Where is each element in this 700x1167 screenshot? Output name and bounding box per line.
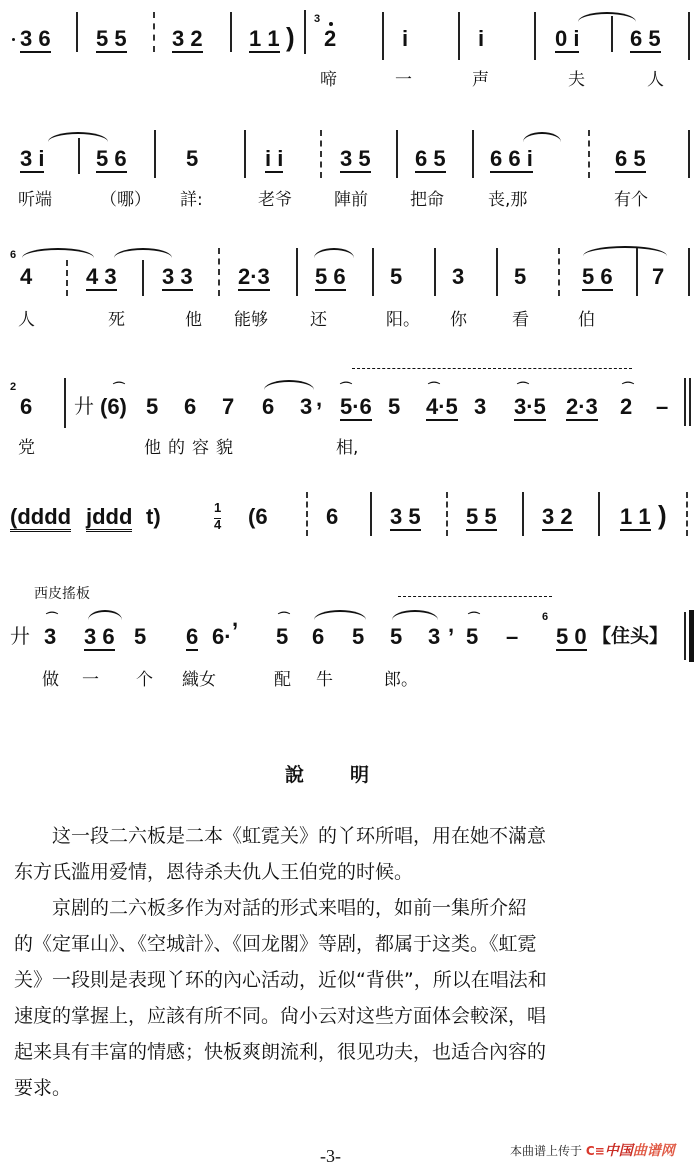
note: 6 bbox=[262, 396, 274, 418]
note-group: 3 3 bbox=[162, 266, 193, 291]
lyric: 他的容貌 bbox=[144, 438, 240, 458]
lyric: 配 bbox=[274, 670, 291, 690]
dash: – bbox=[656, 396, 668, 418]
barline-dashed bbox=[218, 248, 222, 296]
note: 5 bbox=[134, 626, 146, 648]
barline bbox=[78, 138, 80, 174]
breath-mark: , bbox=[316, 388, 322, 410]
barline bbox=[296, 248, 298, 296]
time-signature-den: 4 bbox=[214, 518, 221, 530]
slur bbox=[314, 248, 354, 258]
section-title: 說明 bbox=[0, 760, 700, 787]
note-group: 4·5 bbox=[426, 396, 458, 421]
page-number: -3- bbox=[320, 1146, 341, 1167]
lyric: 牛 bbox=[316, 670, 333, 690]
note: 2 bbox=[324, 28, 336, 50]
barline bbox=[304, 10, 306, 54]
watermark: 本曲谱上传于 C≡中国曲谱网 bbox=[510, 1140, 675, 1160]
lyric: 他 bbox=[185, 310, 202, 330]
note-group: 3 2 bbox=[542, 506, 573, 531]
fermata: ⌒ bbox=[113, 382, 125, 394]
lyric: 听端 bbox=[18, 190, 52, 210]
note: 6 bbox=[186, 626, 198, 651]
barline bbox=[76, 12, 78, 52]
note-group: 3 2 bbox=[172, 28, 203, 53]
note: 3 bbox=[474, 396, 486, 418]
tempo-label: 西皮搖板 bbox=[34, 584, 90, 604]
sharp-marker: 廾 bbox=[74, 396, 94, 418]
lyric: 有个 bbox=[614, 190, 648, 210]
note-group: i i bbox=[265, 148, 283, 173]
lyric: 人 bbox=[18, 310, 35, 330]
barline bbox=[142, 260, 144, 296]
lyric: 一 bbox=[395, 70, 412, 90]
note: 6 bbox=[20, 396, 32, 418]
note-group: 3 6 bbox=[84, 626, 115, 651]
paragraph-line: 要求。 bbox=[14, 1070, 694, 1106]
barline-dashed bbox=[446, 492, 450, 536]
note-group: 5 6 bbox=[315, 266, 346, 291]
lyric: 阳。 bbox=[386, 310, 420, 330]
barline bbox=[382, 12, 384, 60]
note-group: 5 5 bbox=[96, 28, 127, 53]
lyric: 丧,那 bbox=[488, 190, 527, 210]
lyric: 你 bbox=[450, 310, 467, 330]
dash: – bbox=[506, 626, 518, 648]
grace-note: 2 bbox=[10, 382, 16, 393]
lyric: 一 bbox=[82, 670, 99, 690]
lyric: 把命 bbox=[410, 190, 444, 210]
note: (6) bbox=[100, 396, 127, 418]
barline-dashed bbox=[558, 248, 562, 296]
note-group: 6 5 bbox=[415, 148, 446, 173]
slur-arrow bbox=[392, 610, 438, 620]
lyric: 詳: bbox=[180, 190, 203, 210]
barline bbox=[688, 12, 690, 60]
lyric: 相, bbox=[336, 438, 358, 458]
grace-note: 6 bbox=[10, 250, 16, 261]
time-signature-num: 1 bbox=[214, 502, 221, 513]
note-group: 5 6 bbox=[582, 266, 613, 291]
note-group: 3 i bbox=[20, 148, 44, 173]
barline-dashed bbox=[686, 492, 690, 536]
breath-mark: , bbox=[232, 608, 238, 630]
lyric: 党 bbox=[18, 438, 35, 458]
lyric: 織女 bbox=[182, 670, 216, 690]
slur-arrow bbox=[22, 248, 94, 258]
phrase-bracket bbox=[352, 368, 632, 369]
fermata: ⌒ bbox=[468, 612, 480, 624]
barline bbox=[458, 12, 460, 60]
barline-dashed bbox=[153, 12, 157, 52]
barline bbox=[598, 492, 600, 536]
barline bbox=[372, 248, 374, 296]
paragraph-line: 速度的掌握上，应該有所不同。尙小云对这些方面体会較深，唱 bbox=[14, 998, 694, 1034]
staccato-dot bbox=[12, 38, 15, 41]
barline bbox=[472, 130, 474, 178]
note-group: 6 6 i bbox=[490, 148, 533, 173]
slur bbox=[578, 12, 636, 22]
note: 5 bbox=[388, 396, 400, 418]
lyric: 老爷 bbox=[258, 190, 292, 210]
note: 4 bbox=[20, 266, 32, 288]
percussion-group: (dddd bbox=[10, 506, 71, 532]
site-name-accent: 曲谱网 bbox=[633, 1143, 675, 1159]
end-label: 【住头】 bbox=[592, 626, 668, 646]
note-group: 4 3 bbox=[86, 266, 117, 291]
note-group: 2·3 bbox=[238, 266, 270, 291]
lyric: （哪） bbox=[100, 190, 151, 210]
lyric: 啼 bbox=[320, 70, 337, 90]
grace-note: 3 bbox=[314, 14, 320, 25]
lyric: 夫 bbox=[568, 70, 585, 90]
note-group: 3 5 bbox=[390, 506, 421, 531]
paragraph-line: 这一段二六板是二本《虹霓关》的丫环所唱，用在她不滿意 bbox=[14, 818, 694, 854]
lyric: 个 bbox=[136, 670, 153, 690]
note: 5 bbox=[466, 626, 478, 648]
percussion-group: jddd bbox=[86, 506, 132, 532]
sharp-marker: 廾 bbox=[10, 626, 30, 648]
fermata: ⌒ bbox=[340, 382, 352, 394]
barline bbox=[688, 130, 690, 178]
note: i bbox=[402, 28, 408, 50]
note-group: 5 6 bbox=[96, 148, 127, 173]
note-group: 0 i bbox=[555, 28, 579, 53]
barline-dashed bbox=[306, 492, 310, 536]
note: 3 bbox=[452, 266, 464, 288]
paragraph-line: 起来具有丰富的情感；快板爽朗流利，很见功夫，也适合內容的 bbox=[14, 1034, 694, 1070]
note: 6 bbox=[326, 506, 338, 528]
note: 3 bbox=[428, 626, 440, 648]
percussion-group: t) bbox=[146, 506, 161, 528]
slur bbox=[114, 248, 172, 258]
fermata: ⌒ bbox=[428, 382, 440, 394]
slur bbox=[523, 132, 561, 142]
barline bbox=[611, 16, 613, 52]
note: i bbox=[478, 28, 484, 50]
barline bbox=[230, 12, 232, 52]
note-group: 1 1 bbox=[620, 506, 651, 531]
note-group: 6 5 bbox=[615, 148, 646, 173]
lyric: 人 bbox=[647, 70, 664, 90]
double-barline bbox=[684, 378, 686, 426]
watermark-prefix: 本曲谱上传于 bbox=[510, 1144, 582, 1158]
lyric: 看 bbox=[512, 310, 529, 330]
paragraph-line: 京剧的二六板多作为对話的形式来唱的，如前一集所介紹 bbox=[14, 890, 694, 926]
slur-arrow bbox=[264, 380, 314, 390]
paragraph-line: 东方氏滥用爱情，恩待杀夫仇人王伯党的时候。 bbox=[14, 854, 694, 890]
note: 5 bbox=[276, 626, 288, 648]
note-group: 3 6 bbox=[20, 28, 51, 53]
note: 6 bbox=[312, 626, 324, 648]
lyric: 能够 bbox=[234, 310, 268, 330]
note: 6 bbox=[184, 396, 196, 418]
note: 3 bbox=[44, 626, 56, 648]
barline bbox=[636, 248, 638, 296]
lyric: 做 bbox=[42, 670, 59, 690]
fermata: ⌒ bbox=[622, 382, 634, 394]
note-group: 6 5 bbox=[630, 28, 661, 53]
barline-dashed bbox=[588, 130, 592, 178]
note-group: 2·3 bbox=[566, 396, 598, 421]
slur bbox=[314, 610, 366, 620]
barline bbox=[684, 612, 686, 660]
breath-mark: , bbox=[448, 614, 454, 636]
barline bbox=[244, 130, 246, 178]
final-barline bbox=[689, 610, 694, 662]
slur bbox=[583, 246, 667, 256]
note-group: 1 1 bbox=[249, 28, 280, 53]
explanation-text: 这一段二六板是二本《虹霓关》的丫环所唱，用在她不滿意 东方氏滥用爱情，恩待杀夫仇… bbox=[14, 818, 694, 1106]
barline bbox=[434, 248, 436, 296]
site-logo-icon: C≡ bbox=[586, 1144, 605, 1158]
lyric: 伯 bbox=[578, 310, 595, 330]
close-paren: ) bbox=[658, 504, 667, 526]
barline bbox=[688, 248, 690, 296]
barline bbox=[534, 12, 536, 60]
note: 5 bbox=[390, 266, 402, 288]
note: 2 bbox=[620, 396, 632, 418]
lyric: 郎。 bbox=[384, 670, 418, 690]
barline-dashed bbox=[66, 260, 70, 296]
fermata: ⌒ bbox=[46, 612, 58, 624]
paragraph-line: 关》一段則是表现丫环的內心活动，近似“背供”，所以在唱法和 bbox=[14, 962, 694, 998]
barline-dashed bbox=[320, 130, 324, 178]
barline bbox=[370, 492, 372, 536]
double-barline bbox=[689, 378, 691, 426]
note: 5 bbox=[390, 626, 402, 648]
note: 7 bbox=[652, 266, 664, 288]
lyric: 还 bbox=[310, 310, 327, 330]
grace-note: 6 bbox=[542, 612, 548, 623]
note-group: 5 0 bbox=[556, 626, 587, 651]
note-group: 5 5 bbox=[466, 506, 497, 531]
note: (6 bbox=[248, 506, 268, 528]
note: 5 bbox=[514, 266, 526, 288]
close-paren: ) bbox=[286, 26, 295, 48]
note-group: 3·5 bbox=[514, 396, 546, 421]
paragraph-line: 的《定軍山》、《空城計》、《回龙閣》等剧，都属于这类。《虹霓 bbox=[14, 926, 694, 962]
note: 7 bbox=[222, 396, 234, 418]
note: 3 bbox=[300, 396, 312, 418]
barline bbox=[522, 492, 524, 536]
phrase-bracket bbox=[398, 596, 552, 597]
lyric: 死 bbox=[108, 310, 125, 330]
site-name: 中国 bbox=[605, 1143, 633, 1159]
barline bbox=[64, 378, 66, 428]
fermata: ⌒ bbox=[517, 382, 529, 394]
lyric: 声 bbox=[472, 70, 489, 90]
barline bbox=[396, 130, 398, 178]
lyric: 陣前 bbox=[334, 190, 368, 210]
note: 5 bbox=[146, 396, 158, 418]
note: 5 bbox=[352, 626, 364, 648]
barline bbox=[154, 130, 156, 178]
slur bbox=[88, 610, 122, 620]
note-group: 3 5 bbox=[340, 148, 371, 173]
barline bbox=[496, 248, 498, 296]
note-group: 5·6 bbox=[340, 396, 372, 421]
fermata: ⌒ bbox=[278, 612, 290, 624]
note: 5 bbox=[186, 148, 198, 170]
note: 6· bbox=[212, 626, 232, 648]
